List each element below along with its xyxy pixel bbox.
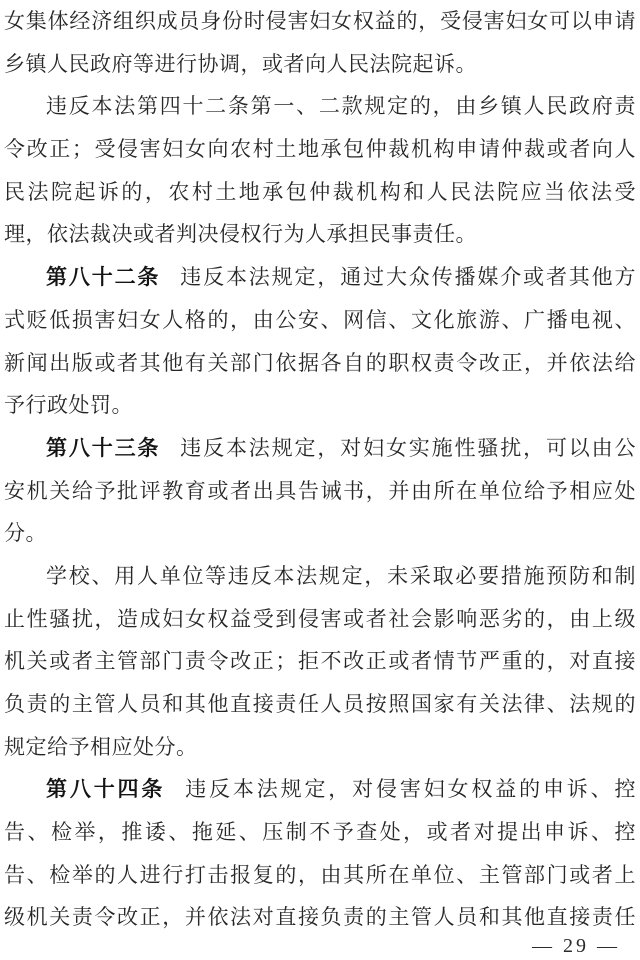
text-line: 第八十二条违反本法规定，通过大众传播媒介或者其他方 bbox=[4, 256, 636, 299]
line-text: 违反本法规定，通过大众传播媒介或者其他方 bbox=[180, 265, 636, 289]
text-line: 机关或者主管部门责令改正；拒不改正或者情节严重的，对直接 bbox=[4, 640, 636, 683]
text-line: 女集体经济组织成员身份时侵害妇女权益的，受侵害妇女可以申请 bbox=[4, 0, 636, 43]
line-text: 违反本法规定，对侵害妇女权益的申诉、控 bbox=[185, 777, 636, 801]
text-line: 安机关给予批评教育或者出具告诫书，并由所在单位给予相应处 bbox=[4, 470, 636, 513]
text-line: 民法院起诉的，农村土地承包仲裁机构和人民法院应当依法受 bbox=[4, 171, 636, 214]
line-text: 违反本法规定，对妇女实施性骚扰，可以由公 bbox=[180, 436, 636, 460]
text-line: 予行政处罚。 bbox=[4, 384, 636, 427]
text-line: 违反本法第四十二条第一、二款规定的，由乡镇人民政府责 bbox=[4, 85, 636, 128]
article-number: 第八十四条 bbox=[46, 777, 165, 801]
text-line: 令改正；受侵害妇女向农村土地承包仲裁机构申请仲裁或者向人 bbox=[4, 128, 636, 171]
document-page: 女集体经济组织成员身份时侵害妇女权益的，受侵害妇女可以申请乡镇人民政府等进行协调… bbox=[0, 0, 640, 960]
page-number: — 29 — bbox=[532, 935, 620, 957]
text-line: 规定给予相应处分。 bbox=[4, 726, 636, 769]
article-number: 第八十三条 bbox=[46, 436, 160, 460]
text-line: 分。 bbox=[4, 512, 636, 555]
text-line: 学校、用人单位等违反本法规定，未采取必要措施预防和制 bbox=[4, 555, 636, 598]
document-body: 女集体经济组织成员身份时侵害妇女权益的，受侵害妇女可以申请乡镇人民政府等进行协调… bbox=[0, 0, 640, 939]
text-line: 式贬低损害妇女人格的，由公安、网信、文化旅游、广播电视、 bbox=[4, 299, 636, 342]
text-line: 级机关责令改正，并依法对直接负责的主管人员和其他直接责任 bbox=[4, 896, 636, 939]
page-footer: — 29 — bbox=[532, 935, 620, 957]
text-line: 新闻出版或者其他有关部门依据各自的职权责令改正，并依法给 bbox=[4, 342, 636, 385]
text-line: 理，依法裁决或者判决侵权行为人承担民事责任。 bbox=[4, 213, 636, 256]
text-line: 第八十四条违反本法规定，对侵害妇女权益的申诉、控 bbox=[4, 768, 636, 811]
text-line: 负责的主管人员和其他直接责任人员按照国家有关法律、法规的 bbox=[4, 683, 636, 726]
text-line: 乡镇人民政府等进行协调，或者向人民法院起诉。 bbox=[4, 43, 636, 86]
text-line: 第八十三条违反本法规定，对妇女实施性骚扰，可以由公 bbox=[4, 427, 636, 470]
text-line: 告、检举的人进行打击报复的，由其所在单位、主管部门或者上 bbox=[4, 854, 636, 897]
article-number: 第八十二条 bbox=[46, 265, 160, 289]
text-line: 告、检举，推诿、拖延、压制不予查处，或者对提出申诉、控 bbox=[4, 811, 636, 854]
text-line: 止性骚扰，造成妇女权益受到侵害或者社会影响恶劣的，由上级 bbox=[4, 598, 636, 641]
